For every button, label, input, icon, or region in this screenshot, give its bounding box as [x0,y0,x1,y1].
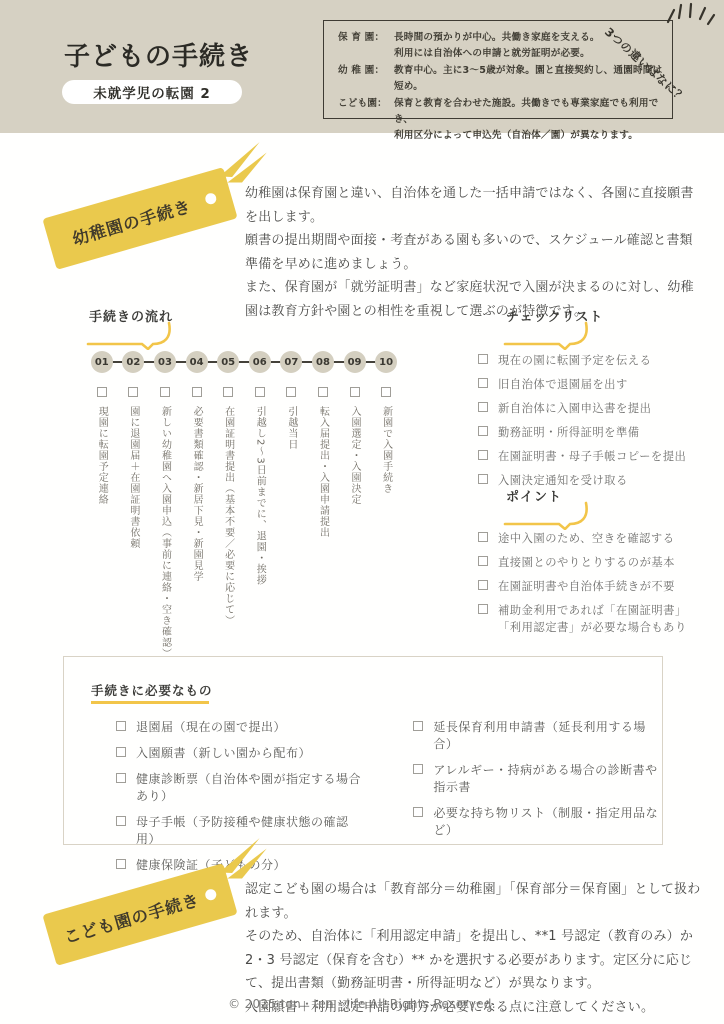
checkbox[interactable] [478,354,488,364]
point-item: 途中入園のため、空きを確認する [478,530,687,547]
needed-item-text: 入園願書（新しい園から配布） [136,745,311,762]
checklist-item-text: 勤務証明・所得証明を準備 [498,424,640,441]
tag-label: こども園の手続き [61,881,219,948]
info-row: 利用区分によって申込先（自治体／園）が異なります。 [338,128,664,144]
timeline-node-10: 10 [375,351,397,373]
step-label: 転入届提出・入園申請提出 [317,406,328,658]
checkbox[interactable] [413,764,423,774]
needed-right-column: 延長保育利用申請書（延長利用する場合） アレルギー・持病がある場合の診断書や指示… [413,719,662,883]
checkbox[interactable] [478,474,488,484]
checkbox[interactable] [116,859,126,869]
checkbox[interactable] [116,816,126,826]
step-label: 現園に転園予定連絡 [96,406,107,658]
checkbox[interactable] [478,532,488,542]
step-checkbox[interactable] [128,387,138,397]
info-text: 保育と教育を合わせた施設。共働きでも専業家庭でも利用でき、 [394,96,664,129]
subtitle-badge: 未就学児の転園 2 [62,80,242,104]
info-label [338,46,394,62]
checkbox[interactable] [413,807,423,817]
swoosh-underline-icon [503,320,603,350]
step-label: 園に退園届＋在園証明書依頼 [128,406,139,658]
needed-item-text: 延長保育利用申請書（延長利用する場合） [433,719,662,753]
point-item-text: 在園証明書や自治体手続きが不要 [498,578,675,595]
swoosh-underline-icon [503,500,603,530]
timeline-node-09: 09 [344,351,366,373]
step-checkbox[interactable] [350,387,360,397]
checklist-item-text: 現在の園に転園予定を伝える [498,352,651,369]
timeline-node-07: 07 [280,351,302,373]
timeline-step: 新園で入園手続き [370,387,402,658]
needed-heading: 手続きに必要なもの [91,681,213,699]
checklist-item: 現在の園に転園予定を伝える [478,352,686,369]
point-item-text: 直接園とのやりとりするのが基本 [498,554,675,571]
step-checkbox[interactable] [97,387,107,397]
timeline-node-06: 06 [249,351,271,373]
info-label [338,128,394,144]
step-label: 新園で入園手続き [381,406,392,658]
checklist-item-text: 新自治体に入園申込書を提出 [498,400,651,417]
timeline-node-04: 04 [186,351,208,373]
info-label: 保 育 園： [338,30,394,46]
step-label: 新しい幼稚園へ入園申込（事前に連絡・空き確認） [159,406,170,658]
timeline-step: 現園に転園予定連絡 [86,387,118,658]
needed-item: 退園届（現在の園で提出） [116,719,365,736]
info-row: こども園： 保育と教育を合わせた施設。共働きでも専業家庭でも利用でき、 [338,96,664,129]
document-page: 子どもの手続き 未就学児の転園 2 保 育 園： 長時間の預かりが中心。共働き家… [0,0,724,1024]
info-text: 利用区分によって申込先（自治体／園）が異なります。 [394,128,664,144]
checkbox[interactable] [413,721,423,731]
checkbox[interactable] [478,378,488,388]
timeline-node-05: 05 [217,351,239,373]
needed-item-text: 必要な持ち物リスト（制服・指定用品など） [433,805,662,839]
step-checkbox[interactable] [286,387,296,397]
checkbox[interactable] [116,747,126,757]
checklist-item: 旧自治体で退園届を出す [478,376,686,393]
needed-item: 延長保育利用申請書（延長利用する場合） [413,719,662,753]
timeline-step: 転入届提出・入園申請提出 [307,387,339,658]
point-item: 補助金利用であれば「在園証明書」 「利用認定書」が必要な場合もあり [478,602,687,636]
checkbox[interactable] [478,402,488,412]
info-label: こども園： [338,96,394,129]
timeline-circles-row: 01 02 03 04 05 06 07 08 09 10 [86,351,402,373]
needed-item: アレルギー・持病がある場合の診断書や指示書 [413,762,662,796]
needed-item: 健康診断票（自治体や園が指定する場合あり） [116,771,365,805]
needed-item: 必要な持ち物リスト（制服・指定用品など） [413,805,662,839]
timeline-step: 引越し2〜3日前までに、退園・挨拶 [244,387,276,658]
checkbox[interactable] [478,580,488,590]
procedure-timeline: 01 02 03 04 05 06 07 08 09 10 現園に転園予定連絡 … [86,351,402,658]
checkbox[interactable] [478,556,488,566]
points-list: 途中入園のため、空きを確認する 直接園とのやりとりするのが基本 在園証明書や自治… [478,530,687,643]
yellow-underline [91,701,209,704]
step-checkbox[interactable] [255,387,265,397]
point-item: 直接園とのやりとりするのが基本 [478,554,687,571]
step-label: 必要書類確認・新居下見・新園見学 [191,406,202,658]
timeline-steps-row: 現園に転園予定連絡 園に退園届＋在園証明書依頼 新しい幼稚園へ入園申込（事前に連… [86,387,402,658]
timeline-step: 必要書類確認・新居下見・新園見学 [181,387,213,658]
step-label: 引越し2〜3日前までに、退園・挨拶 [254,406,265,658]
info-label: 幼 稚 園： [338,63,394,96]
swoosh-underline-icon [86,320,186,350]
needed-item: 入園願書（新しい園から配布） [116,745,365,762]
needed-item-text: 退園届（現在の園で提出） [136,719,286,736]
point-item-text: 補助金利用であれば「在園証明書」 「利用認定書」が必要な場合もあり [498,602,687,636]
timeline-node-08: 08 [312,351,334,373]
point-item: 在園証明書や自治体手続きが不要 [478,578,687,595]
info-row: 幼 稚 園： 教育中心。主に3〜5歳が対象。園と直接契約し、通園時間は短め。 [338,63,664,96]
step-checkbox[interactable] [160,387,170,397]
section-tag-kindergarten: 幼稚園の手続き [42,167,237,270]
timeline-node-01: 01 [91,351,113,373]
header-band: 子どもの手続き 未就学児の転園 2 保 育 園： 長時間の預かりが中心。共働き家… [0,0,724,133]
point-item-text: 途中入園のため、空きを確認する [498,530,675,547]
checkbox[interactable] [478,450,488,460]
step-label: 在園証明書提出（基本不要／必要に応じて） [223,406,234,658]
info-text: 教育中心。主に3〜5歳が対象。園と直接契約し、通園時間は短め。 [394,63,664,96]
copyright-footer: © 2025 ten・ten・life All Rights Reserved. [0,995,724,1012]
checklist-item-text: 在園証明書・母子手帳コピーを提出 [498,448,686,465]
checkbox[interactable] [478,426,488,436]
step-label: 入園選定・入園決定 [349,406,360,658]
step-checkbox[interactable] [223,387,233,397]
needed-items-box: 手続きに必要なもの 退園届（現在の園で提出） 入園願書（新しい園から配布） 健康… [63,656,663,845]
step-checkbox[interactable] [318,387,328,397]
checkbox[interactable] [116,721,126,731]
checklist-item-text: 旧自治体で退園届を出す [498,376,628,393]
checkbox[interactable] [116,773,126,783]
sparkle-icon [664,2,716,28]
timeline-step: 新しい幼稚園へ入園申込（事前に連絡・空き確認） [149,387,181,658]
checklist-item: 新自治体に入園申込書を提出 [478,400,686,417]
timeline-step: 園に退園届＋在園証明書依頼 [118,387,150,658]
timeline-step: 入園選定・入園決定 [339,387,371,658]
needed-item-text: アレルギー・持病がある場合の診断書や指示書 [433,762,662,796]
timeline-step: 在園証明書提出（基本不要／必要に応じて） [212,387,244,658]
checkbox[interactable] [478,604,488,614]
step-checkbox[interactable] [381,387,391,397]
tag-label: 幼稚園の手続き [69,188,211,250]
needed-columns: 退園届（現在の園で提出） 入園願書（新しい園から配布） 健康診断票（自治体や園が… [116,719,662,883]
timeline-step: 引越当日 [276,387,308,658]
page-title: 子どもの手続き [64,36,253,73]
checklist: 現在の園に転園予定を伝える 旧自治体で退園届を出す 新自治体に入園申込書を提出 … [478,352,686,496]
checklist-item: 勤務証明・所得証明を準備 [478,424,686,441]
step-checkbox[interactable] [192,387,202,397]
step-label: 引越当日 [286,406,297,658]
kindergarten-paragraph: 幼稚園は保育園と違い、自治体を通した一括申請ではなく、各園に直接願書を出します。… [245,182,701,323]
needed-item-text: 健康診断票（自治体や園が指定する場合あり） [136,771,365,805]
timeline-node-02: 02 [122,351,144,373]
checklist-item: 在園証明書・母子手帳コピーを提出 [478,448,686,465]
timeline-node-03: 03 [154,351,176,373]
